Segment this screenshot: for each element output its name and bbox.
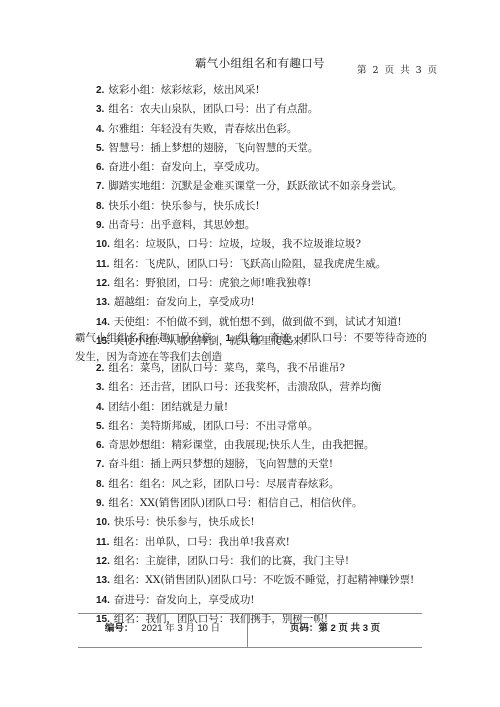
footer-page-cell: 页码：第 2 页 共 3 页 xyxy=(248,614,422,647)
item-text: 脚踏实地组：沉默是金难买课堂一分，跃跃欲试不如亲身尝试。 xyxy=(108,180,402,192)
item-text: 组名：XX(销售团队)团队口号：不吃饭不睡觉，打起精神赚钞票! xyxy=(114,574,414,586)
item-text: 组名：还击营，团队口号：还我奖杯，击溃敌队，营养均衡 xyxy=(108,381,381,393)
item-text: 出奇号：出乎意料，其思妙想。 xyxy=(108,219,255,231)
footer-number-label: 编号： xyxy=(105,620,134,634)
item-number: 4. xyxy=(96,124,104,135)
list-item: 10.组名：垃圾队，口号：垃圾，垃圾，我不垃圾谁垃圾? xyxy=(96,235,436,254)
item-text: 天使组：不怕做不到，就怕想不到，做到做不到，试试才知道! xyxy=(114,316,402,328)
item-text: 组名：美特斯邦威，团队口号：不出寻常单。 xyxy=(108,420,318,432)
footer-date: 2021 年 3 月 10 日 xyxy=(141,620,220,634)
item-text: 组名：垃圾队，口号：垃圾，垃圾，我不垃圾谁垃圾? xyxy=(114,238,361,250)
item-number: 3. xyxy=(96,104,104,115)
list-item: 6.奇思妙想组：精彩课堂，由我展现;快乐人生，由我把握。 xyxy=(96,436,436,455)
item-text: 超越组：奋发向上，享受成功! xyxy=(114,296,255,308)
item-text: 组名：XX(销售团队)团队口号：相信自己，相信伙伴。 xyxy=(108,497,362,509)
list-item: 10.快乐号：快乐参与，快乐成长! xyxy=(96,513,436,532)
list-item: 5.组名：美特斯邦威，团队口号：不出寻常单。 xyxy=(96,417,436,436)
item-number: 5. xyxy=(96,421,104,432)
list-item: 9.出奇号：出乎意料，其思妙想。 xyxy=(96,216,436,235)
item-text: 尔雅组：年轻没有失败，青春炫出色彩。 xyxy=(108,123,297,135)
item-text: 组名：菜鸟，团队口号：菜鸟，菜鸟，我不吊谁吊? xyxy=(108,362,345,374)
item-text: 奋进小组：奋发向上，享受成功。 xyxy=(108,161,266,173)
list-item: 4.尔雅组：年轻没有失败，青春炫出色彩。 xyxy=(96,120,436,139)
item-number: 4. xyxy=(96,402,104,413)
item-number: 9. xyxy=(96,220,104,231)
item-text: 快乐号：快乐参与，快乐成长! xyxy=(114,516,255,528)
item-number: 10. xyxy=(96,517,110,528)
item-text: 奋进号：奋发向上，享受成功! xyxy=(114,594,255,606)
list-item: 7.脚踏实地组：沉默是金难买课堂一分，跃跃欲试不如亲身尝试。 xyxy=(96,177,436,196)
list-item: 4.团结小组：团结就是力量! xyxy=(96,398,436,417)
list-item: 3.组名：还击营，团队口号：还我奖杯，击溃敌队，营养均衡 xyxy=(96,378,436,397)
header-title: 霸气小组组名和有趣口号 xyxy=(195,55,325,71)
item-number: 11. xyxy=(96,259,109,270)
item-text: 智慧号：插上梦想的翅膀，飞向智慧的天堂。 xyxy=(108,142,318,154)
list-item: 9.组名：XX(销售团队)团队口号：相信自己，相信伙伴。 xyxy=(96,494,436,513)
item-number: 14. xyxy=(96,317,110,328)
list-item: 12.组名：主旋律，团队口号：我们的比赛，我门主导! xyxy=(96,552,436,571)
list-item: 11.组名：飞虎队，团队口号：飞跃高山险阻，显我虎虎生威。 xyxy=(96,255,436,274)
header-page-info: 第 2 页 共 3 页 xyxy=(357,62,439,76)
item-number: 12. xyxy=(96,556,110,567)
item-text: 组名：出单队，口号：我出单!我喜欢! xyxy=(113,536,289,548)
list-item: 11.组名：出单队，口号：我出单!我喜欢! xyxy=(96,533,436,552)
paragraph-heading: 霸气小组组名和有趣口号分享 xyxy=(75,332,212,344)
item-number: 14. xyxy=(96,595,110,606)
item-text: 奇思妙想组：精彩课堂，由我展现;快乐人生，由我把握。 xyxy=(108,439,374,451)
list-item: 12.组名：野狼团，口号：虎狼之师!唯我独尊! xyxy=(96,274,436,293)
item-text: 炫彩小组：炫彩炫彩，炫出风采! xyxy=(108,84,259,96)
item-number: 13. xyxy=(96,297,110,308)
item-text: 奋斗组：插上两只梦想的翅膀，飞向智慧的天堂! xyxy=(108,458,333,470)
list-item: 3.组名：农夫山泉队，团队口号：出了有点甜。 xyxy=(96,100,436,119)
footer-page-label: 页码：第 2 页 共 3 页 xyxy=(290,620,380,634)
footer-table: 编号： 2021 年 3 月 10 日 页码：第 2 页 共 3 页 xyxy=(78,613,422,648)
item-text: 组名：主旋律，团队口号：我们的比赛，我门主导! xyxy=(114,555,349,567)
item-number: 8. xyxy=(96,201,104,212)
item-number: 10. xyxy=(96,239,110,250)
item-number: 6. xyxy=(96,162,104,173)
list-item: 8.组名：组名：风之彩，团队口号：尽展青春炫彩。 xyxy=(96,475,436,494)
item-text: 组名：组名：风之彩，团队口号：尽展青春炫彩。 xyxy=(108,478,339,490)
item-number: 2. xyxy=(96,363,104,374)
item-number: 11. xyxy=(96,537,109,548)
list-item: 6.奋进小组：奋发向上，享受成功。 xyxy=(96,158,436,177)
item-number: 12. xyxy=(96,278,110,289)
item-text: 快乐小组：快乐参与，快乐成长! xyxy=(108,200,259,212)
list-item: 13.超越组：奋发向上，享受成功! xyxy=(96,293,436,312)
list-item: 14.奋进号：奋发向上，享受成功! xyxy=(96,591,436,610)
slogan-list-2: 2.组名：菜鸟，团队口号：菜鸟，菜鸟，我不吊谁吊? 3.组名：还击营，团队口号：… xyxy=(96,359,436,629)
item-text: 组名：农夫山泉队，团队口号：出了有点甜。 xyxy=(108,103,318,115)
footer-number-cell: 编号： 2021 年 3 月 10 日 xyxy=(78,614,248,647)
list-item: 2.炫彩小组：炫彩炫彩，炫出风采! xyxy=(96,81,436,100)
item-number: 7. xyxy=(96,459,104,470)
list-item: 2.组名：菜鸟，团队口号：菜鸟，菜鸟，我不吊谁吊? xyxy=(96,359,436,378)
item-number: 2. xyxy=(96,85,104,96)
item-number: 6. xyxy=(96,440,104,451)
item-number: 9. xyxy=(96,498,104,509)
item-text: 组名：野狼团，口号：虎狼之师!唯我独尊! xyxy=(114,277,311,289)
item-number: 3. xyxy=(96,382,104,393)
slogan-list-1: 2.炫彩小组：炫彩炫彩，炫出风采! 3.组名：农夫山泉队，团队口号：出了有点甜。… xyxy=(96,81,436,351)
item-number: 7. xyxy=(96,181,104,192)
item-number: 5. xyxy=(96,143,104,154)
item-number: 1. xyxy=(226,333,234,344)
item-number: 13. xyxy=(96,575,110,586)
item-number: 8. xyxy=(96,479,104,490)
item-text: 组名：飞虎队，团队口号：飞跃高山险阻，显我虎虎生威。 xyxy=(113,258,386,270)
list-item: 5.智慧号：插上梦想的翅膀，飞向智慧的天堂。 xyxy=(96,139,436,158)
list-item: 8.快乐小组：快乐参与，快乐成长! xyxy=(96,197,436,216)
list-item: 13.组名：XX(销售团队)团队口号：不吃饭不睡觉，打起精神赚钞票! xyxy=(96,571,436,590)
list-item: 7.奋斗组：插上两只梦想的翅膀，飞向智慧的天堂! xyxy=(96,455,436,474)
item-text: 团结小组：团结就是力量! xyxy=(108,401,228,413)
